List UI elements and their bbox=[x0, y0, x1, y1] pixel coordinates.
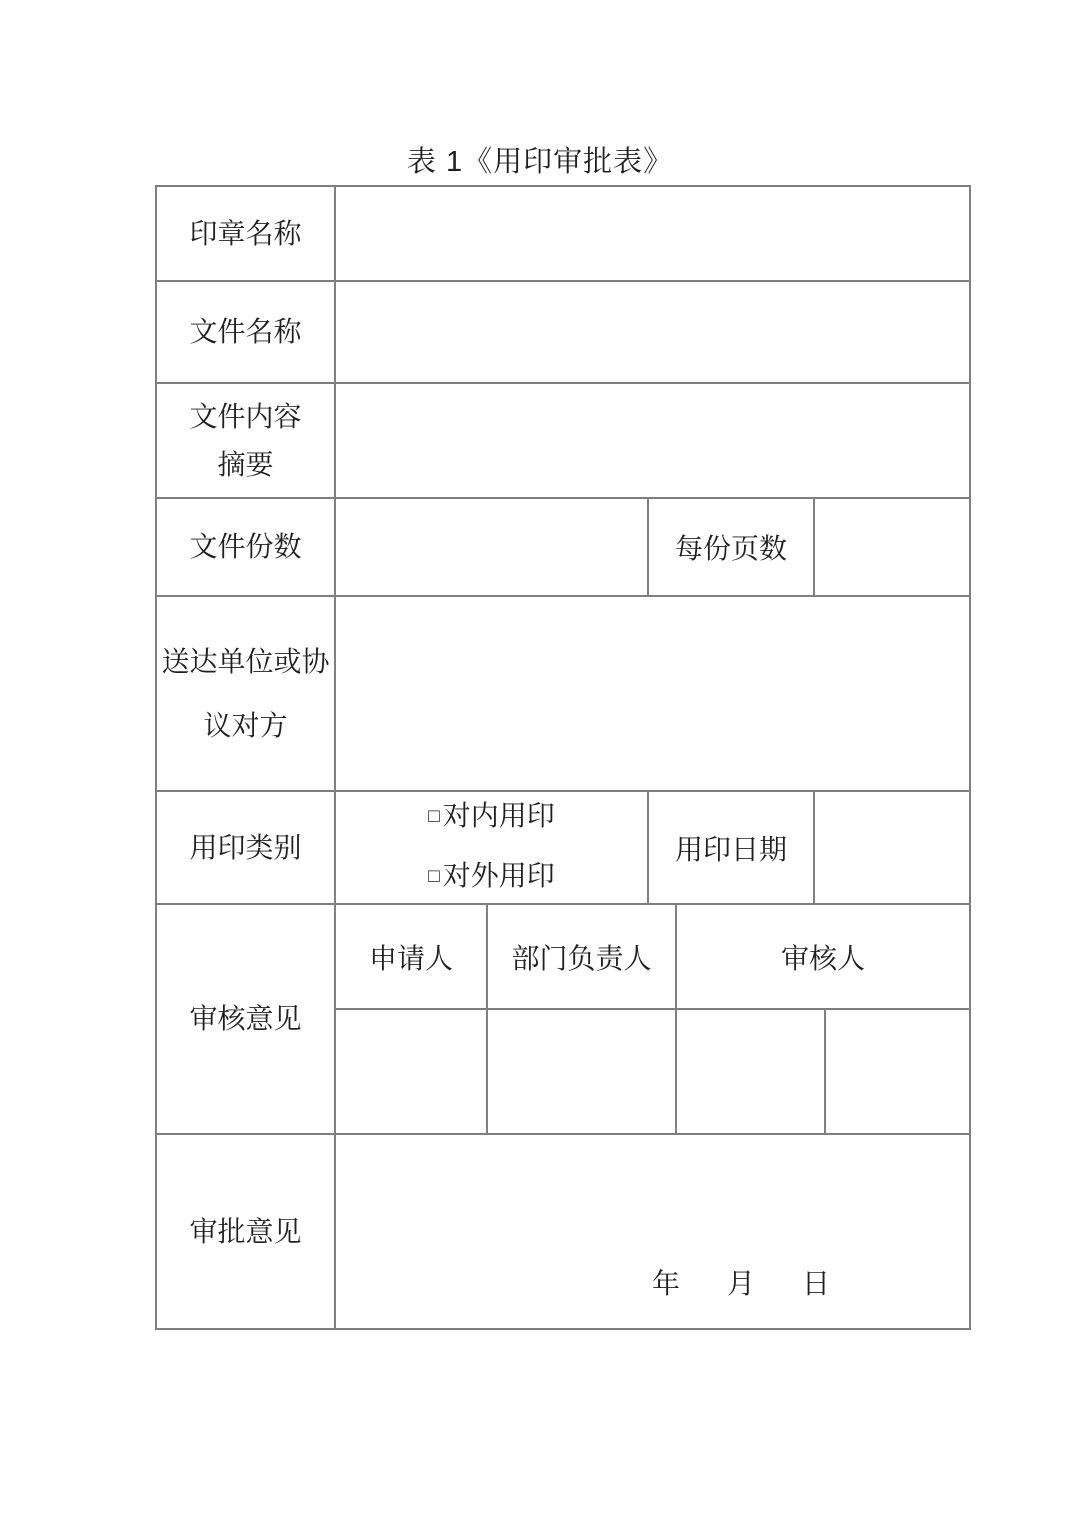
approval-opinion-input-cell[interactable]: 年 月 日 bbox=[334, 1135, 969, 1328]
approval-date-line: 年 月 日 bbox=[652, 1262, 830, 1302]
label-seal-usage-type: 用印类别 bbox=[157, 792, 334, 903]
page-title: 表 1《用印审批表》 bbox=[0, 139, 1080, 180]
label-reviewer: 审核人 bbox=[675, 905, 969, 1008]
review-opinion-grid: 申请人 部门负责人 审核人 bbox=[334, 905, 969, 1133]
label-review-opinion-text: 审核意见 bbox=[189, 995, 301, 1043]
label-department-head: 部门负责人 bbox=[486, 905, 675, 1008]
row-seal-name: 印章名称 bbox=[157, 187, 969, 280]
date-year-label: 年 bbox=[652, 1262, 680, 1302]
external-seal-option-label: 对外用印 bbox=[443, 860, 555, 891]
label-recipient-line1: 送达单位或协 bbox=[161, 630, 329, 694]
label-seal-name: 印章名称 bbox=[157, 187, 334, 280]
document-name-input-cell[interactable] bbox=[334, 282, 969, 382]
date-month-label: 月 bbox=[727, 1262, 755, 1302]
label-department-head-text: 部门负责人 bbox=[511, 937, 651, 977]
label-recipient-line2: 议对方 bbox=[203, 694, 287, 758]
row-copies: 文件份数 每份页数 bbox=[157, 497, 969, 595]
review-roles-header-row: 申请人 部门负责人 审核人 bbox=[336, 905, 969, 1008]
label-applicant: 申请人 bbox=[336, 905, 486, 1008]
content-summary-input-cell[interactable] bbox=[334, 384, 969, 497]
reviewer-signature-cell-1[interactable] bbox=[675, 1010, 824, 1133]
seal-approval-form-table: 印章名称 文件名称 文件内容 摘要 文件份数 每份页数 bbox=[155, 185, 971, 1330]
label-seal-usage-date-text: 用印日期 bbox=[675, 828, 787, 868]
pages-per-copy-input-cell[interactable] bbox=[813, 499, 969, 595]
label-document-name-text: 文件名称 bbox=[189, 308, 301, 356]
copies-count-input-cell[interactable] bbox=[334, 499, 647, 595]
external-seal-option[interactable]: □对外用印 bbox=[428, 848, 555, 908]
label-copies-count-text: 文件份数 bbox=[189, 523, 301, 571]
department-head-signature-cell[interactable] bbox=[486, 1010, 675, 1133]
label-seal-name-text: 印章名称 bbox=[189, 210, 301, 258]
label-recipient: 送达单位或协 议对方 bbox=[157, 597, 334, 790]
internal-seal-option[interactable]: □对内用印 bbox=[428, 788, 555, 848]
label-approval-opinion-text: 审批意见 bbox=[189, 1208, 301, 1256]
recipient-input-cell[interactable] bbox=[334, 597, 969, 790]
row-content-summary: 文件内容 摘要 bbox=[157, 382, 969, 497]
label-pages-per-copy-text: 每份页数 bbox=[675, 527, 787, 567]
internal-seal-checkbox-icon[interactable]: □ bbox=[428, 789, 439, 845]
label-copies-count: 文件份数 bbox=[157, 499, 334, 595]
seal-usage-type-options-cell: □对内用印 □对外用印 bbox=[334, 792, 647, 903]
applicant-signature-cell[interactable] bbox=[336, 1010, 486, 1133]
date-day-label: 日 bbox=[802, 1262, 830, 1302]
label-approval-opinion: 审批意见 bbox=[157, 1135, 334, 1328]
label-reviewer-text: 审核人 bbox=[781, 937, 865, 977]
row-approval-opinion: 审批意见 年 月 日 bbox=[157, 1133, 969, 1328]
label-content-summary: 文件内容 摘要 bbox=[157, 384, 334, 497]
label-pages-per-copy: 每份页数 bbox=[647, 499, 813, 595]
label-document-name: 文件名称 bbox=[157, 282, 334, 382]
internal-seal-option-label: 对内用印 bbox=[443, 800, 555, 831]
row-document-name: 文件名称 bbox=[157, 280, 969, 382]
label-seal-usage-type-text: 用印类别 bbox=[189, 824, 301, 872]
seal-usage-date-input-cell[interactable] bbox=[813, 792, 969, 903]
review-signature-row bbox=[336, 1008, 969, 1133]
document-page: 表 1《用印审批表》 印章名称 文件名称 文件内容 摘要 bbox=[0, 0, 1080, 1527]
row-recipient: 送达单位或协 议对方 bbox=[157, 595, 969, 790]
label-seal-usage-date: 用印日期 bbox=[647, 792, 813, 903]
label-review-opinion: 审核意见 bbox=[157, 905, 334, 1133]
external-seal-checkbox-icon[interactable]: □ bbox=[428, 849, 439, 905]
row-review-opinion: 审核意见 申请人 部门负责人 审核人 bbox=[157, 903, 969, 1133]
seal-name-input-cell[interactable] bbox=[334, 187, 969, 280]
label-content-summary-line1: 文件内容 bbox=[189, 393, 301, 441]
reviewer-signature-cell-2[interactable] bbox=[824, 1010, 969, 1133]
row-seal-usage-type: 用印类别 □对内用印 □对外用印 用印日期 bbox=[157, 790, 969, 903]
label-applicant-text: 申请人 bbox=[369, 937, 453, 977]
label-content-summary-line2: 摘要 bbox=[217, 441, 273, 489]
